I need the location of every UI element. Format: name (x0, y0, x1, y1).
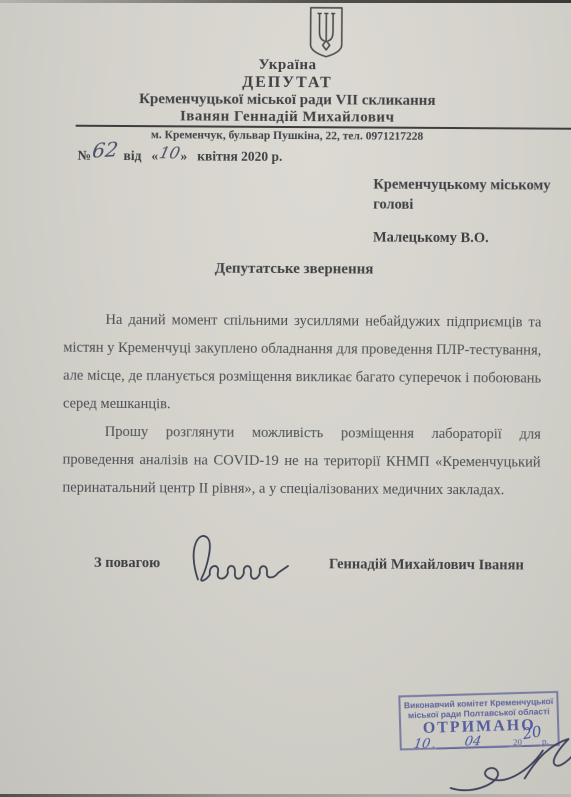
ukraine-trident-icon (308, 6, 344, 58)
handwritten-signature (181, 527, 296, 590)
scanned-letter-photo: Україна ДЕПУТАТ Кременчуцької міської ра… (0, 0, 571, 797)
document-subject: Депутатське звернення (215, 261, 374, 279)
ref-quote-close: » (180, 148, 187, 163)
corner-signature-scribble (447, 734, 571, 797)
recipient-line2: голові (373, 195, 550, 216)
reference-line: №62від«10»квітня 2020 р. (77, 141, 282, 166)
ref-date-rest: квітня 2020 р. (197, 148, 282, 164)
recipient-line1: Кременчуцькому міському (373, 175, 550, 196)
recipient-block: Кременчуцькому міському голові Малецьком… (373, 175, 551, 249)
recipient-name: Малецькому В.О. (373, 228, 550, 249)
ref-number-handwritten: 62 (91, 137, 119, 163)
stamp-dot: . (432, 739, 435, 749)
body-paragraph-2: Прошу розглянути можливість розміщення л… (62, 418, 541, 505)
stamp-day-handwritten: 10 (413, 740, 431, 751)
ref-number-prefix: № (77, 148, 91, 163)
signer-name: Геннадій Михайлович Іванян (329, 556, 524, 574)
ref-from-label: від (123, 148, 141, 163)
body-paragraph-1: На даний момент спільними зусиллями неба… (63, 306, 542, 421)
ref-day-handwritten: 10 (157, 143, 182, 162)
letter-page: Україна ДЕПУТАТ Кременчуцької міської ра… (0, 0, 571, 797)
closing-phrase: З повагою (94, 555, 160, 572)
